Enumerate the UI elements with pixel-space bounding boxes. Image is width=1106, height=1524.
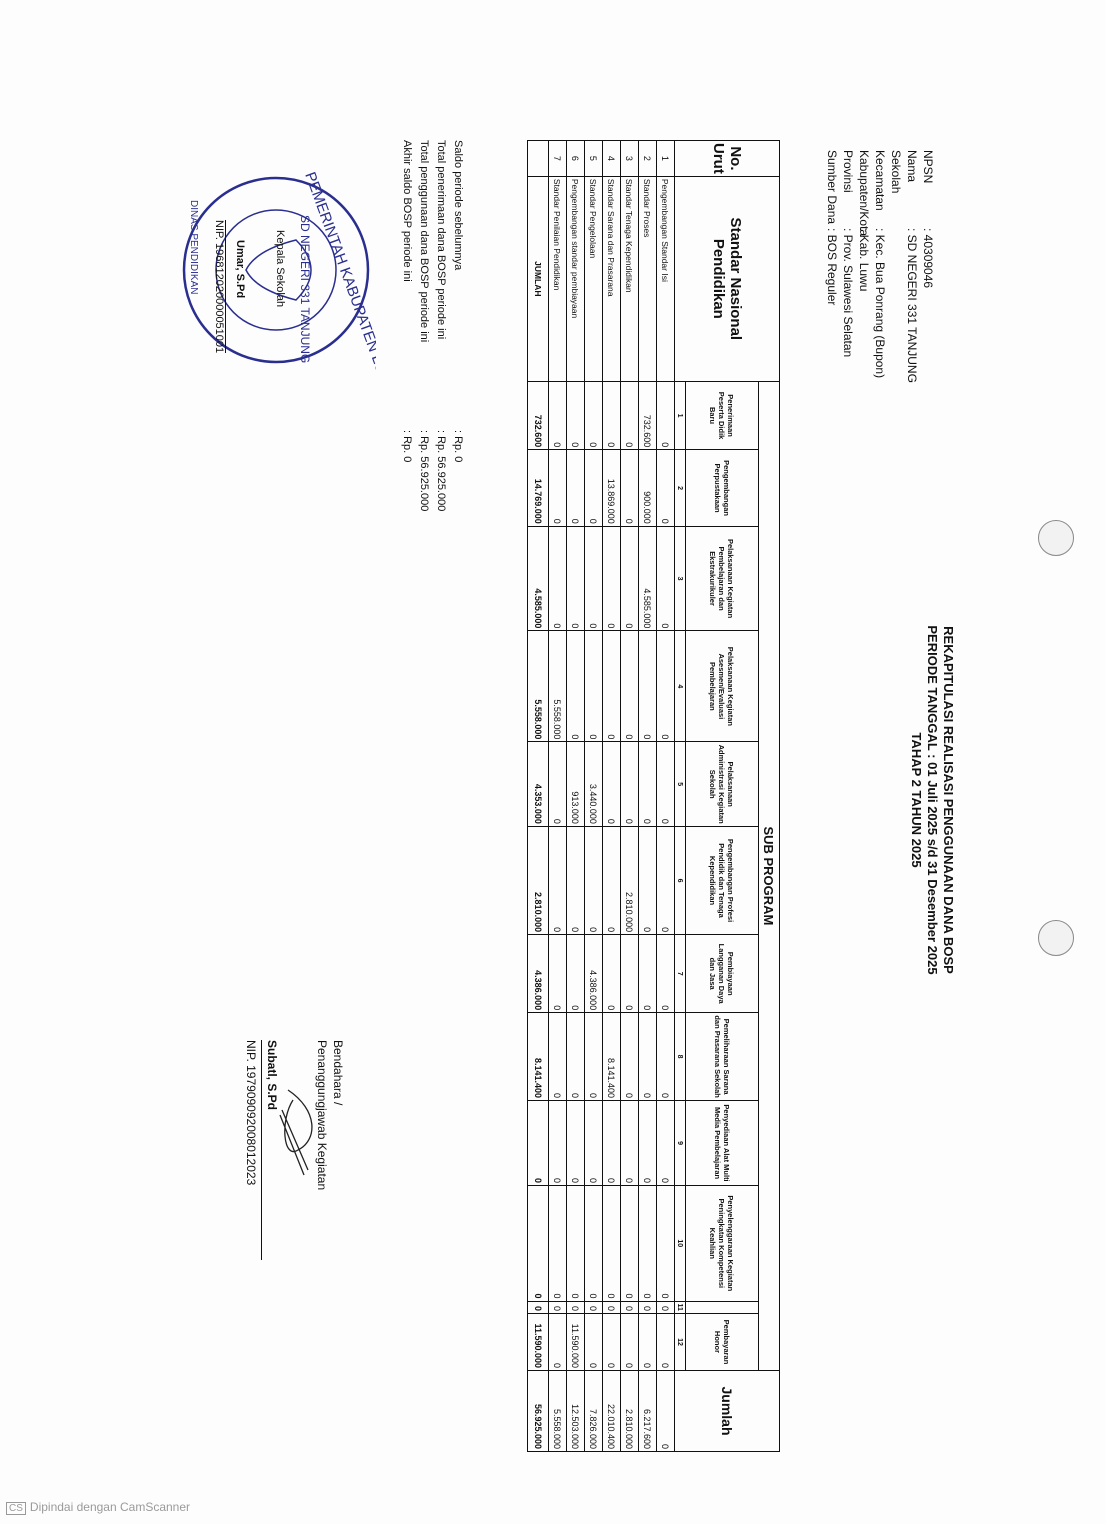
punch-hole [1038,520,1074,556]
sub-program-column-header [686,1301,759,1313]
amount-cell: 0 [585,1013,603,1101]
row-number: 3 [621,141,639,177]
info-value: : 40309046 [920,228,936,288]
amount-cell: 0 [603,1301,621,1313]
scanned-document-page: REKAPITULASI REALISASI PENGGUNAAN DANA B… [0,0,1106,1524]
info-row: Kabupaten/Kota: Kab. Luwu [856,150,872,383]
total-label: JUMLAH [528,176,549,381]
row-number: 6 [567,141,585,177]
column-total: 0 [528,1101,549,1186]
amount-cell: 8.141.400 [603,1013,621,1101]
row-total: 5.558.000 [549,1371,567,1452]
jumlah-header: Jumlah [675,1371,780,1452]
info-row: Nama Sekolah: SD NEGERI 331 TANJUNG [888,150,920,383]
info-value: : Kec. Bua Ponrang (Bupon) [872,228,888,378]
amount-cell: 0 [567,1186,585,1301]
amount-cell: 0 [585,450,603,526]
amount-cell: 0 [585,1301,603,1313]
amount-cell: 0 [657,742,675,827]
row-number: 7 [549,141,567,177]
column-number: 6 [675,826,686,934]
amount-cell: 4.585.000 [639,526,657,631]
column-total: 8.141.400 [528,1013,549,1101]
amount-cell: 0 [549,1313,567,1370]
amount-cell: 0 [585,1313,603,1370]
amount-cell: 0 [621,1186,639,1301]
snp-header: Standar Nasional Pendidikan [675,176,780,381]
amount-cell: 2.810.000 [621,826,639,934]
column-number: 9 [675,1101,686,1186]
info-label: NPSN [920,150,936,228]
amount-cell: 0 [567,631,585,742]
column-total: 5.558.000 [528,631,549,742]
amount-cell: 0 [549,1301,567,1313]
amount-cell: 732.600 [639,381,657,449]
amount-cell: 0 [639,1313,657,1370]
column-number: 7 [675,935,686,1013]
svg-text:DINAS PENDIDIKAN: DINAS PENDIDIKAN [188,200,199,294]
table-row: 2Standar Proses732.600900.0004.585.00000… [639,141,657,1452]
amount-cell: 0 [657,450,675,526]
amount-cell: 0 [657,826,675,934]
amount-cell: 0 [639,826,657,934]
column-number: 8 [675,1013,686,1101]
sub-program-column-header: Pengembangan Profesi Pendidik dan Tenaga… [686,826,759,934]
column-total: 2.810.000 [528,826,549,934]
amount-cell: 0 [567,1301,585,1313]
table-row: 1Pengembangan Standar Isi0000000000000 [657,141,675,1452]
summary-value: : Rp. 0 [449,430,466,462]
amount-cell: 0 [549,826,567,934]
svg-text:SD NEGERI 331 TANJUNG: SD NEGERI 331 TANJUNG [298,215,312,363]
info-row: NPSN: 40309046 [920,150,936,383]
column-total: 4.386.000 [528,935,549,1013]
row-total: 22.010.400 [603,1371,621,1452]
amount-cell: 0 [585,526,603,631]
sub-program-column-header: Pembayaran Honor [686,1313,759,1370]
amount-cell: 0 [585,826,603,934]
summary-value: : Rp. 56.925.000 [415,430,432,511]
watermark-text: Dipindai dengan CamScanner [30,1500,190,1514]
amount-cell: 0 [657,381,675,449]
amount-cell: 0 [585,1101,603,1186]
row-total: 12.503.000 [567,1371,585,1452]
info-row: Kecamatan: Kec. Bua Ponrang (Bupon) [872,150,888,383]
info-value: : Kab. Luwu [856,228,872,291]
amount-cell: 0 [603,631,621,742]
amount-cell: 0 [603,526,621,631]
amount-cell: 0 [549,1013,567,1101]
standard-label: Standar Penilaian Pendidikan [549,176,567,381]
amount-cell: 0 [549,742,567,827]
amount-cell: 0 [567,935,585,1013]
column-number: 1 [675,381,686,449]
amount-cell: 0 [621,1313,639,1370]
amount-cell: 0 [657,1186,675,1301]
column-number: 2 [675,450,686,526]
amount-cell: 0 [549,381,567,449]
amount-cell: 5.558.000 [549,631,567,742]
amount-cell: 0 [657,1313,675,1370]
amount-cell: 0 [657,935,675,1013]
standard-label: Standar Proses [639,176,657,381]
row-total: 7.826.000 [585,1371,603,1452]
amount-cell: 0 [603,1313,621,1370]
row-number: 4 [603,141,621,177]
column-total: 14.769.000 [528,450,549,526]
column-number: 12 [675,1313,686,1370]
column-total: 4.353.000 [528,742,549,827]
row-total: 6.217.600 [639,1371,657,1452]
amount-cell: 0 [621,631,639,742]
amount-cell: 0 [621,1013,639,1101]
amount-cell: 0 [621,1101,639,1186]
summary-row: Akhir saldo BOSP periode ini: Rp. 0 [398,140,415,511]
summary-label: Total penerimaan dana BOSP periode ini [432,140,449,430]
school-info: NPSN: 40309046Nama Sekolah: SD NEGERI 33… [824,150,936,383]
amount-cell: 0 [603,1101,621,1186]
sub-program-column-header: Pemeliharaan Sarana dan Prasarana Sekola… [686,1013,759,1101]
amount-cell: 0 [567,826,585,934]
row-number: 5 [585,141,603,177]
row-total: 0 [657,1371,675,1452]
info-value: : Prov. Sulawesi Selatan [840,228,856,357]
amount-cell: 0 [657,1013,675,1101]
principal-name: Umar, S.Pd [234,240,246,298]
column-total: 0 [528,1301,549,1313]
amount-cell: 0 [603,381,621,449]
recap-table: No. Urut Standar Nasional Pendidikan SUB… [527,140,780,1452]
column-number: 5 [675,742,686,827]
sub-program-column-header: Pembiayaan Langganan Daya dan Jasa [686,935,759,1013]
camscanner-watermark: CSDipindai dengan CamScanner [6,1500,190,1515]
amount-cell: 0 [549,526,567,631]
summary-label: Akhir saldo BOSP periode ini [398,140,415,430]
no-header: No. Urut [675,141,780,177]
column-total: 4.585.000 [528,526,549,631]
amount-cell: 13.869.000 [603,450,621,526]
signature-icon [278,1080,318,1200]
standard-label: Standar Tenaga Kependidikan [621,176,639,381]
info-label: Kecamatan [872,150,888,228]
column-total: 11.590.000 [528,1313,549,1370]
treasurer-signature-block: Bendahara / Penanggungjawab Kegiatan Sub… [243,1040,346,1260]
column-total: 0 [528,1186,549,1301]
treasurer-role: Bendahara / [330,1040,346,1260]
amount-cell: 0 [549,1186,567,1301]
column-number: 10 [675,1186,686,1301]
sub-program-column-header: Pelaksanaan Administrasi Kegiatan Sekola… [686,742,759,827]
amount-cell: 0 [657,1301,675,1313]
amount-cell: 0 [639,1101,657,1186]
summary-row: Saldo periode sebelumnya: Rp. 0 [449,140,466,511]
treasurer-nip: NIP. 197909092008012023 [243,1040,262,1260]
amount-cell: 0 [621,450,639,526]
column-number: 3 [675,526,686,631]
amount-cell: 0 [621,1301,639,1313]
info-value: : BOS Reguler [824,228,840,305]
amount-cell: 0 [657,1101,675,1186]
table-row: 5Standar Pengelolaan00003.440.00004.386.… [585,141,603,1452]
amount-cell: 0 [639,631,657,742]
amount-cell: 11.590.000 [567,1313,585,1370]
summary-row: Total penerimaan dana BOSP periode ini: … [432,140,449,511]
info-value: : SD NEGERI 331 TANJUNG [888,228,920,383]
grand-total: 56.925.000 [528,1371,549,1452]
amount-cell: 0 [639,1301,657,1313]
punch-hole [1038,920,1074,956]
table-row: 7Standar Penilaian Pendidikan0005.558.00… [549,141,567,1452]
summary-label: Total penggunaan dana BOSP periode ini [415,140,432,430]
amount-cell: 0 [567,1101,585,1186]
amount-cell: 0 [585,381,603,449]
info-label: Kabupaten/Kota [856,150,872,228]
info-label: Sumber Dana [824,150,840,228]
camscanner-logo-icon: CS [6,1502,26,1515]
info-row: Sumber Dana: BOS Reguler [824,150,840,383]
title-stage: TAHAP 2 TAHUN 2025 [908,430,924,1170]
balance-summary: Saldo periode sebelumnya: Rp. 0Total pen… [398,140,466,511]
amount-cell: 0 [657,631,675,742]
sub-program-column-header: Pelaksanaan Kegiatan Pembelajaran dan Ek… [686,526,759,631]
sub-program-column-header: Penyelenggaraan Kegiatan Peningkatan Kom… [686,1186,759,1301]
summary-value: : Rp. 0 [398,430,415,462]
row-number: 1 [657,141,675,177]
amount-cell: 0 [621,526,639,631]
info-label: Provinsi [840,150,856,228]
amount-cell: 0 [567,526,585,631]
amount-cell: 0 [621,935,639,1013]
summary-row: Total penggunaan dana BOSP periode ini: … [415,140,432,511]
sub-program-column-header: Penyediaan Alat Multi Media Pembelajaran [686,1101,759,1186]
info-row: Provinsi: Prov. Sulawesi Selatan [840,150,856,383]
amount-cell: 900.000 [639,450,657,526]
amount-cell: 0 [549,450,567,526]
amount-cell: 0 [603,742,621,827]
row-total: 2.810.000 [621,1371,639,1452]
column-total: 732.600 [528,381,549,449]
amount-cell: 0 [639,1186,657,1301]
amount-cell: 0 [621,742,639,827]
standard-label: Pengembangan standar pembiayaan [567,176,585,381]
amount-cell: 0 [639,1013,657,1101]
amount-cell: 0 [657,526,675,631]
principal-role: Kepala Sekolah [274,230,286,307]
amount-cell: 0 [639,935,657,1013]
standard-label: Standar Sarana dan Prasarana [603,176,621,381]
amount-cell: 0 [549,1101,567,1186]
amount-cell: 4.386.000 [585,935,603,1013]
amount-cell: 0 [567,1013,585,1101]
info-label: Nama Sekolah [888,150,920,228]
amount-cell: 0 [585,631,603,742]
sub-program-column-header: Pelaksanaan Kegiatan Asesmen/Evaluasi Pe… [686,631,759,742]
table-row: 6Pengembangan standar pembiayaan0000913.… [567,141,585,1452]
summary-value: : Rp. 56.925.000 [432,430,449,511]
amount-cell: 0 [549,935,567,1013]
column-number: 4 [675,631,686,742]
title-period: PERIODE TANGGAL : 01 Juli 2025 s/d 31 De… [924,430,940,1170]
table-row: 4Standar Sarana dan Prasarana013.869.000… [603,141,621,1452]
amount-cell: 0 [585,1186,603,1301]
amount-cell: 0 [603,1186,621,1301]
row-number: 2 [639,141,657,177]
table-row: 3Standar Tenaga Kependidikan000002.810.0… [621,141,639,1452]
summary-label: Saldo periode sebelumnya [449,140,466,430]
total-row: JUMLAH732.60014.769.0004.585.0005.558.00… [528,141,549,1452]
amount-cell: 913.000 [567,742,585,827]
sub-program-column-header: Penerimaan Peserta Didik Baru [686,381,759,449]
amount-cell: 0 [603,826,621,934]
column-number: 11 [675,1301,686,1313]
amount-cell: 0 [567,450,585,526]
amount-cell: 0 [621,381,639,449]
document-title: REKAPITULASI REALISASI PENGGUNAAN DANA B… [908,430,956,1170]
title-line-1: REKAPITULASI REALISASI PENGGUNAAN DANA B… [940,430,956,1170]
amount-cell: 0 [639,742,657,827]
standard-label: Standar Pengelolaan [585,176,603,381]
sub-program-header: SUB PROGRAM [759,381,780,1370]
principal-nip: NIP. 196812020000051001 [213,220,226,353]
amount-cell: 0 [567,381,585,449]
amount-cell: 0 [603,935,621,1013]
standard-label: Pengembangan Standar Isi [657,176,675,381]
school-stamp: PEMERINTAH KABUPATEN LUWU SD NEGERI 331 … [176,160,376,390]
sub-program-column-header: Pengembangan Perpustakaan [686,450,759,526]
amount-cell: 3.440.000 [585,742,603,827]
